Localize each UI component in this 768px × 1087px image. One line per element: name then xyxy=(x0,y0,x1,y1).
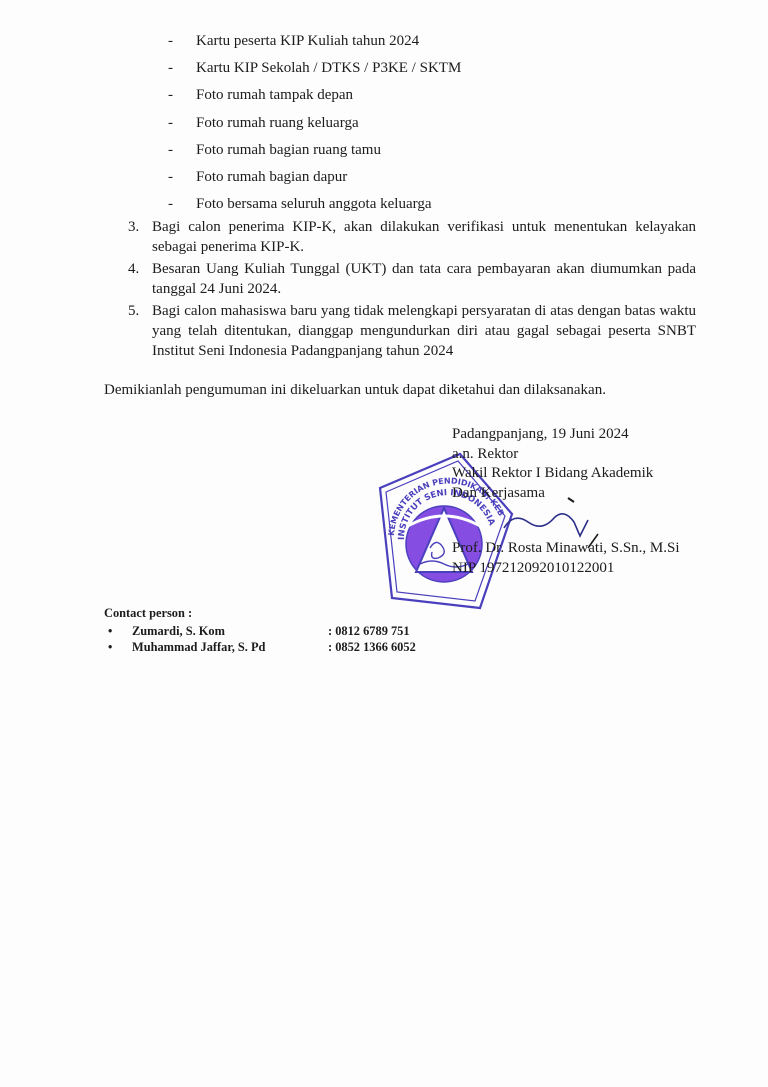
contact-name: Muhammad Jaffar, S. Pd xyxy=(132,639,328,655)
contact-heading: Contact person : xyxy=(104,606,416,621)
contact-row: • Muhammad Jaffar, S. Pd : 0852 1366 605… xyxy=(104,639,416,655)
list-item: -Kartu KIP Sekolah / DTKS / P3KE / SKTM xyxy=(168,55,461,82)
place-date: Padangpanjang, 19 Juni 2024 xyxy=(452,425,680,445)
on-behalf: a.n. Rektor xyxy=(452,445,680,465)
list-item: -Foto bersama seluruh anggota keluarga xyxy=(168,191,461,218)
numbered-item: 4.Besaran Uang Kuliah Tunggal (UKT) dan … xyxy=(128,260,696,300)
list-item: -Foto rumah ruang keluarga xyxy=(168,110,461,137)
numbered-item: 3.Bagi calon penerima KIP-K, akan dilaku… xyxy=(128,218,696,258)
contact-name: Zumardi, S. Kom xyxy=(132,623,328,639)
list-item: -Foto rumah bagian ruang tamu xyxy=(168,137,461,164)
handwritten-signature-icon xyxy=(500,488,620,568)
list-item: -Foto rumah bagian dapur xyxy=(168,164,461,191)
contact-row: • Zumardi, S. Kom : 0812 6789 751 xyxy=(104,623,416,639)
requirements-list: -Kartu peserta KIP Kuliah tahun 2024 -Ka… xyxy=(168,28,461,218)
position-line-1: Wakil Rektor I Bidang Akademik xyxy=(452,464,680,484)
list-item: -Foto rumah tampak depan xyxy=(168,82,461,109)
contact-phone: : 0852 1366 6052 xyxy=(328,639,416,655)
numbered-item: 5.Bagi calon mahasiswa baru yang tidak m… xyxy=(128,302,696,361)
document-page: -Kartu peserta KIP Kuliah tahun 2024 -Ka… xyxy=(0,0,768,1087)
list-item: -Kartu peserta KIP Kuliah tahun 2024 xyxy=(168,28,461,55)
numbered-list: 3.Bagi calon penerima KIP-K, akan dilaku… xyxy=(128,218,696,364)
contact-phone: : 0812 6789 751 xyxy=(328,623,410,639)
contact-persons: Contact person : • Zumardi, S. Kom : 081… xyxy=(104,606,416,655)
closing-statement: Demikianlah pengumuman ini dikeluarkan u… xyxy=(104,382,606,399)
